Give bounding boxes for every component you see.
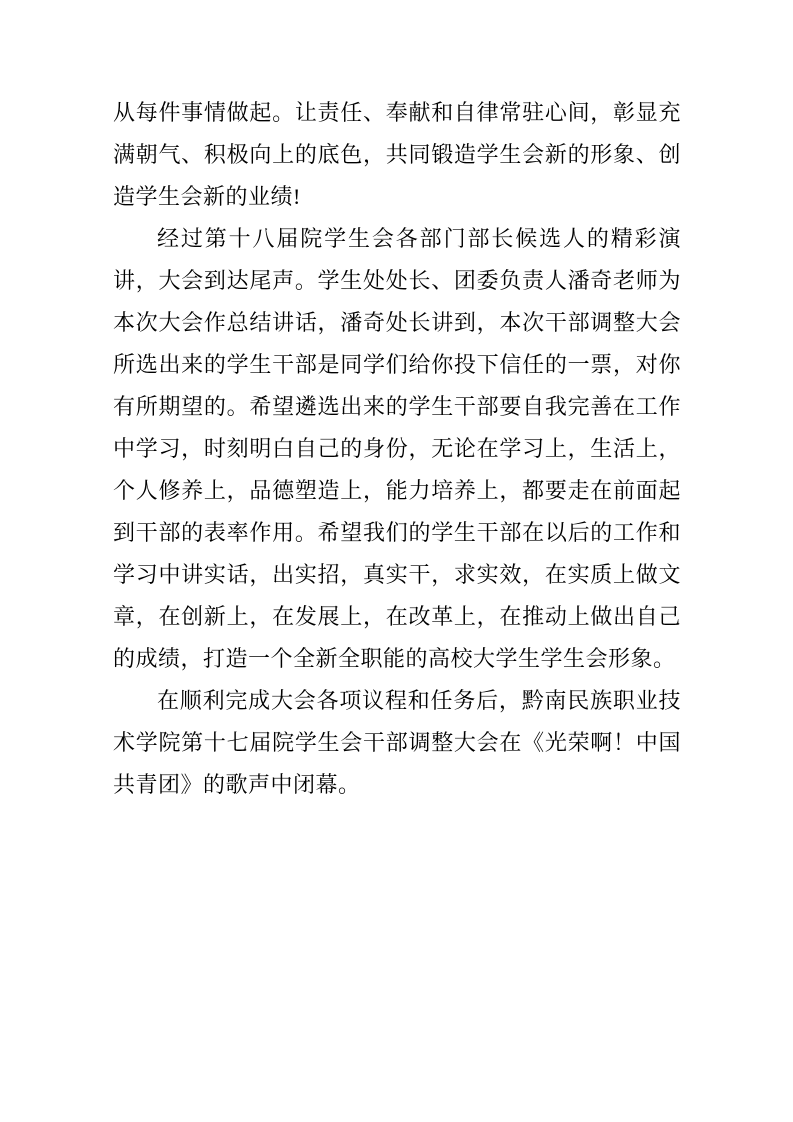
document-text-body: 从每件事情做起。让责任、奉献和自律常驻心间，彰显充满朝气、积极向上的底色，共同锻… (113, 92, 681, 806)
paragraph-continuation: 从每件事情做起。让责任、奉献和自律常驻心间，彰显充满朝气、积极向上的底色，共同锻… (113, 92, 681, 218)
document-page: 从每件事情做起。让责任、奉献和自律常驻心间，彰显充满朝气、积极向上的底色，共同锻… (0, 0, 793, 1122)
paragraph-closing: 在顺利完成大会各项议程和任务后，黔南民族职业技术学院第十七届院学生会干部调整大会… (113, 680, 681, 806)
paragraph-speech-summary: 经过第十八届院学生会各部门部长候选人的精彩演讲，大会到达尾声。学生处处长、团委负… (113, 218, 681, 680)
